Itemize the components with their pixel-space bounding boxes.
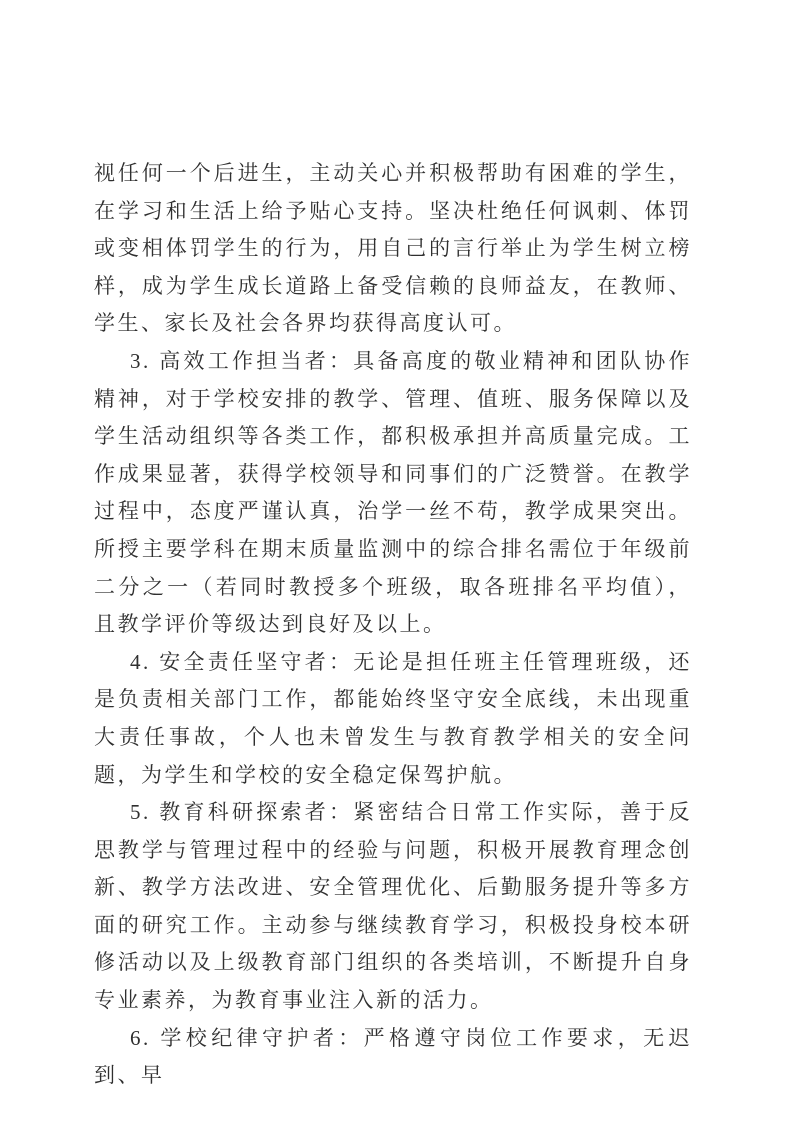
paragraph-item-3: 3. 高效工作担当者：具备高度的敬业精神和团队协作精神，对于学校安排的教学、管理… [94,343,692,644]
paragraph-item-4: 4. 安全责任坚守者：无论是担任班主任管理班级，还是负责相关部门工作，都能始终坚… [94,644,692,794]
document-page: 视任何一个后进生，主动关心并积极帮助有困难的学生，在学习和生活上给予贴心支持。坚… [0,0,793,1122]
paragraph-continuation: 视任何一个后进生，主动关心并积极帮助有困难的学生，在学习和生活上给予贴心支持。坚… [94,155,692,343]
paragraph-item-5: 5. 教育科研探索者：紧密结合日常工作实际，善于反思教学与管理过程中的经验与问题… [94,794,692,1020]
text-block: 视任何一个后进生，主动关心并积极帮助有困难的学生，在学习和生活上给予贴心支持。坚… [94,155,692,1095]
paragraph-item-6: 6. 学校纪律守护者：严格遵守岗位工作要求，无迟到、早 [94,1020,692,1095]
